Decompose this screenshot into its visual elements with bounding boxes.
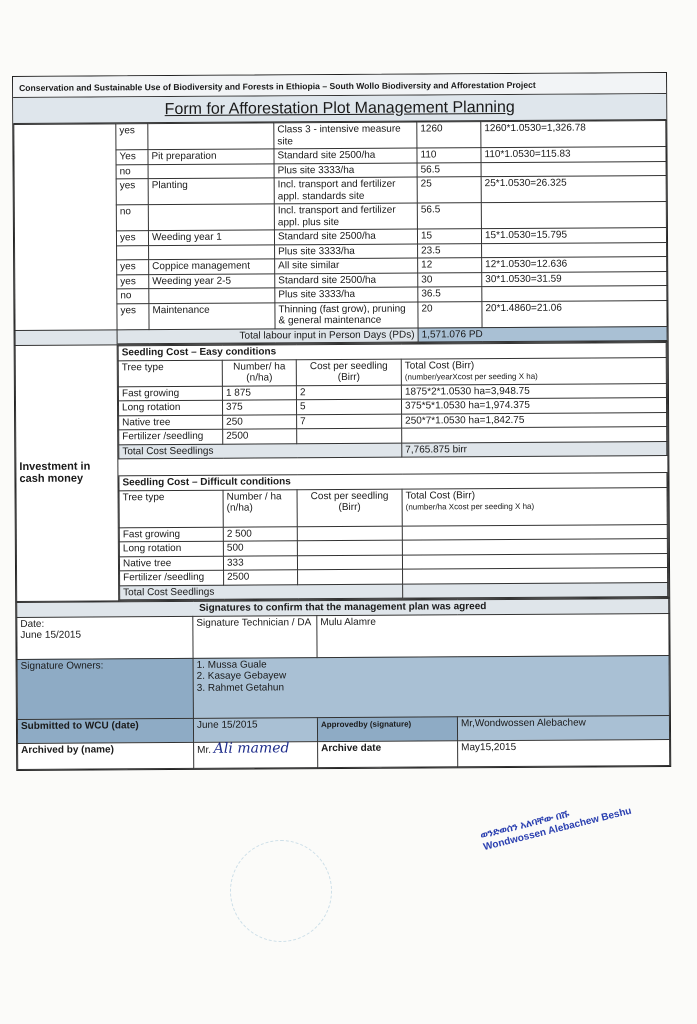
easy-header-type: Tree type: [118, 360, 222, 387]
investment-table: Investment in cash money Seedling Cost –…: [15, 341, 670, 602]
site: Plus site 3333/ha: [275, 287, 418, 302]
calculation: 25*1.0530=26.325: [481, 176, 666, 203]
number-per-ha: 500: [223, 541, 297, 556]
calculation: [481, 161, 666, 177]
cost-per-seedling: [297, 555, 402, 570]
flag: yes: [117, 260, 149, 275]
tree-type: Fertilizer /seedling: [120, 570, 224, 585]
easy-seedling-table: Seedling Cost – Easy conditions Tree typ…: [118, 342, 669, 600]
tree-type: Native tree: [119, 415, 223, 430]
activity: [148, 204, 274, 231]
flag: yes: [116, 231, 148, 246]
activity: [148, 123, 274, 150]
site: Incl. transport and fertilizer appl. sta…: [274, 177, 417, 204]
management-plan-form: Conservation and Sustainable Use of Biod…: [12, 72, 671, 770]
cost-per-seedling: [297, 526, 402, 541]
activity: Maintenance: [149, 302, 275, 329]
approved-label: Approvedby (signature): [317, 716, 457, 741]
activity: Weeding year 1: [148, 230, 274, 245]
tree-type: Fast growing: [118, 386, 222, 401]
difficult-header-total: Total Cost (Birr)(number/ha Xcost per se…: [402, 487, 667, 526]
approved-value: Mr,Wondwossen Alebachew: [457, 715, 669, 740]
flag: Yes: [116, 150, 148, 165]
person-days: 23.5: [418, 243, 482, 258]
archive-date-value: May15,2015: [458, 739, 670, 766]
owners-list: 1. Mussa Guale 2. Kasaye Gebayew 3. Rahm…: [193, 655, 669, 718]
total-cost: [402, 553, 667, 569]
activity: [148, 163, 274, 178]
number-per-ha: 2 500: [223, 526, 297, 541]
calculation: [482, 242, 667, 258]
date-cell: Date:June 15/2015: [17, 616, 193, 659]
calculation: [482, 286, 667, 302]
person-days: 15: [417, 229, 481, 244]
flag: yes: [116, 179, 148, 205]
number-per-ha: 333: [223, 555, 297, 570]
number-per-ha: 1 875: [222, 385, 296, 400]
difficult-total-label: Total Cost Seedlings: [120, 584, 403, 600]
activity: Coppice management: [149, 259, 275, 274]
tree-type: Fertilizer /seedling: [119, 429, 223, 444]
technician-value: Mulu Alamre: [317, 613, 669, 657]
person-days: 12: [418, 258, 482, 273]
tree-type: Fast growing: [119, 527, 223, 542]
owners-label: Signature Owners:: [17, 658, 193, 719]
person-days: 56.5: [417, 203, 481, 229]
submitted-value: June 15/2015: [193, 717, 317, 742]
activity: Pit preparation: [148, 149, 274, 164]
tree-type: Long rotation: [118, 400, 222, 415]
total-cost: 1875*2*1.0530 ha=3,948.75: [401, 383, 666, 399]
flag: [117, 245, 149, 260]
cost-per-seedling: [297, 540, 402, 555]
difficult-header-cost: Cost per seedling (Birr): [297, 489, 402, 527]
flag: yes: [116, 124, 148, 150]
site: Standard site 2500/ha: [274, 148, 417, 163]
calculation: [481, 202, 666, 229]
easy-total-value: 7,765.875 birr: [402, 441, 667, 457]
labour-table: yesClass 3 - intensive measure site12601…: [13, 120, 667, 345]
calculation: 1260*1.0530=1,326.78: [481, 121, 666, 148]
labour-section-label: [14, 124, 117, 330]
site: Standard site 2500/ha: [274, 229, 417, 244]
site: Class 3 - intensive measure site: [274, 122, 417, 149]
calculation: 20*1.4860=21.06: [482, 300, 667, 327]
cost-per-seedling: [297, 428, 402, 443]
cost-per-seedling: 7: [297, 414, 402, 429]
easy-header-number: Number/ ha (n/ha): [222, 359, 296, 385]
total-cost: 250*7*1.0530 ha=1,842.75: [402, 412, 667, 428]
calculation: 110*1.0530=115.83: [481, 147, 666, 163]
difficult-header-type: Tree type: [119, 490, 223, 528]
number-per-ha: 2500: [224, 570, 298, 585]
easy-header-total: Total Cost (Birr)(number/yearXcost per s…: [401, 357, 666, 385]
site: Standard site 2500/ha: [275, 273, 418, 288]
calculation: 15*1.0530=15.795: [481, 228, 666, 244]
labour-row: yesClass 3 - intensive measure site12601…: [14, 121, 666, 151]
calculation: 12*1.0530=12.636: [482, 257, 667, 273]
calculation: 30*1.0530=31.59: [482, 271, 667, 287]
person-days: 56.5: [417, 162, 481, 177]
person-days: 1260: [417, 122, 481, 148]
activity: [149, 244, 275, 259]
site: All site similar: [275, 258, 418, 273]
activity: [149, 288, 275, 303]
form-title: Form for Afforestation Plot Management P…: [13, 94, 666, 124]
flag: no: [116, 205, 148, 231]
submitted-label: Submitted to WCU (date): [17, 718, 193, 743]
activity: Weeding year 2-5: [149, 273, 275, 288]
labour-total-label: Total labour input in Person Days (PDs): [117, 328, 418, 344]
site: Incl. transport and fertilizer appl. plu…: [274, 203, 417, 230]
person-days: 110: [417, 148, 481, 163]
total-cost: [403, 568, 668, 584]
archived-label: Archived by (name): [18, 742, 194, 769]
cost-per-seedling: 2: [296, 385, 401, 400]
archived-value: Mr. Ali mamed: [194, 741, 318, 768]
flag: no: [116, 164, 148, 179]
difficult-total-value: [403, 582, 668, 598]
total-cost: [402, 524, 667, 540]
flag: yes: [117, 303, 149, 329]
site: Plus site 3333/ha: [274, 163, 417, 178]
labour-total-value: 1,571.076 PD: [418, 326, 667, 342]
faint-seal: [230, 840, 332, 942]
flag: yes: [117, 274, 149, 289]
tree-type: Long rotation: [119, 541, 223, 556]
investment-label: Investment in cash money: [15, 345, 119, 602]
cost-per-seedling: [298, 569, 403, 584]
site: Thinning (fast grow), pruning & general …: [275, 302, 418, 329]
easy-header-cost: Cost per seedling (Birr): [296, 359, 401, 386]
person-days: 36.5: [418, 287, 482, 302]
approval-stamp: ወንድወሰን አለባቸው በሹ Wondwossen Alebachew Bes…: [479, 794, 633, 854]
site: Plus site 3333/ha: [275, 244, 418, 259]
signatures-table: Signatures to confirm that the managemen…: [16, 598, 670, 769]
difficult-header-number: Number / ha (n/ha): [223, 489, 297, 526]
number-per-ha: 250: [223, 414, 297, 429]
person-days: 20: [418, 301, 482, 327]
total-cost: [402, 539, 667, 555]
archive-date-label: Archive date: [318, 740, 458, 767]
tree-type: Native tree: [119, 556, 223, 571]
flag: no: [117, 289, 149, 304]
person-days: 25: [417, 177, 481, 203]
total-cost: 375*5*1.0530 ha=1,974.375: [401, 398, 666, 414]
total-cost: [402, 427, 667, 443]
number-per-ha: 375: [222, 400, 296, 415]
number-per-ha: 2500: [223, 429, 297, 444]
activity: Planting: [148, 178, 274, 205]
technician-label: Signature Technician / DA: [193, 615, 317, 658]
person-days: 30: [418, 272, 482, 287]
cost-per-seedling: 5: [296, 399, 401, 414]
